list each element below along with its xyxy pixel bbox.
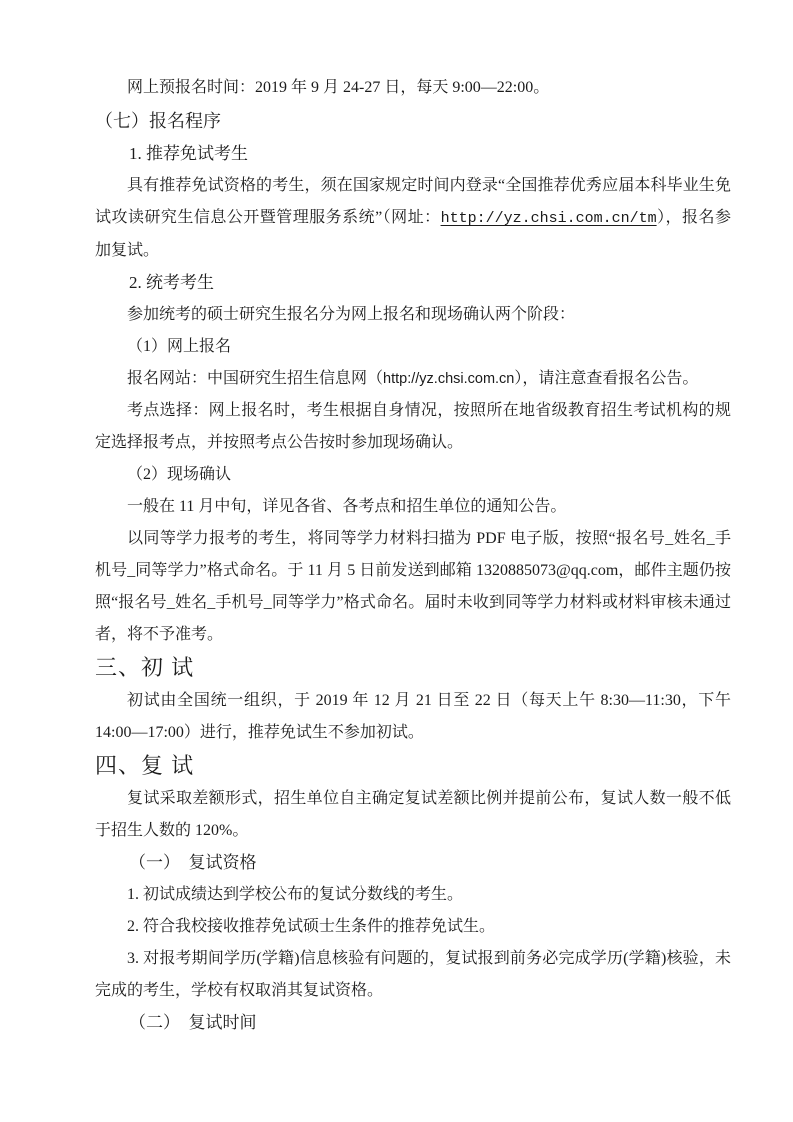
para-online-registration-title: （1）网上报名 xyxy=(95,331,731,363)
heading-reexam-time: （二） 复试时间 xyxy=(95,1007,731,1039)
para-recommended-exempt: 具有推荐免试资格的考生，须在国家规定时间内登录“全国推荐优秀应届本科毕业生免试攻… xyxy=(95,170,731,267)
para-unified-exam-intro: 参加统考的硕士研究生报名分为网上报名和现场确认两个阶段： xyxy=(95,299,731,331)
chsi-website-url: http://yz.chsi.com.cn xyxy=(383,371,514,387)
list-item-reexam-qualification-3: 3. 对报考期间学历(学籍)信息核验有问题的，复试报到前务必完成学历(学籍)核验… xyxy=(95,943,731,1007)
heading-section-4-reexamination: 四、复 试 xyxy=(95,749,731,783)
para-equivalent-qualification: 以同等学力报考的考生，将同等学力材料扫描为 PDF 电子版，按照“报名号_姓名_… xyxy=(95,523,731,651)
heading-1-recommended-exempt-candidates: 1. 推荐免试考生 xyxy=(95,138,731,170)
para-exam-site-selection: 考点选择：网上报名时，考生根据自身情况，按照所在地省级教育招生考试机构的规定选择… xyxy=(95,395,731,459)
list-item-reexam-qualification-1: 1. 初试成绩达到学校公布的复试分数线的考生。 xyxy=(95,879,731,911)
para-initial-exam: 初试由全国统一组织，于 2019 年 12 月 21 日至 22 日（每天上午 … xyxy=(95,685,731,749)
link-tuimian-system-url[interactable]: http://yz.chsi.com.cn/tm xyxy=(441,210,657,227)
para-online-prereg-time: 网上预报名时间：2019 年 9 月 24-27 日，每天 9:00—22:00… xyxy=(95,72,731,104)
para-registration-website: 报名网站：中国研究生招生信息网（http://yz.chsi.com.cn），请… xyxy=(95,363,731,395)
para-reexamination-ratio: 复试采取差额形式，招生单位自主确定复试差额比例并提前公布，复试人数一般不低于招生… xyxy=(95,783,731,847)
heading-section-3-initial-exam: 三、初 试 xyxy=(95,651,731,685)
list-item-reexam-qualification-2: 2. 符合我校接收推荐免试硕士生条件的推荐免试生。 xyxy=(95,911,731,943)
document-page: 网上预报名时间：2019 年 9 月 24-27 日，每天 9:00—22:00… xyxy=(0,0,793,1122)
heading-reexam-qualification: （一） 复试资格 xyxy=(95,847,731,879)
heading-2-unified-exam-candidates: 2. 统考考生 xyxy=(95,267,731,299)
para-onsite-confirmation-time: 一般在 11 月中旬，详见各省、各考点和招生单位的通知公告。 xyxy=(95,491,731,523)
text-after-chsi-link: ），请注意查看报名公告。 xyxy=(514,370,698,387)
heading-section-7-registration-procedure: （七）报名程序 xyxy=(95,104,731,138)
text-before-chsi-link: 报名网站：中国研究生招生信息网（ xyxy=(127,370,383,387)
para-onsite-confirmation-title: （2）现场确认 xyxy=(95,459,731,491)
